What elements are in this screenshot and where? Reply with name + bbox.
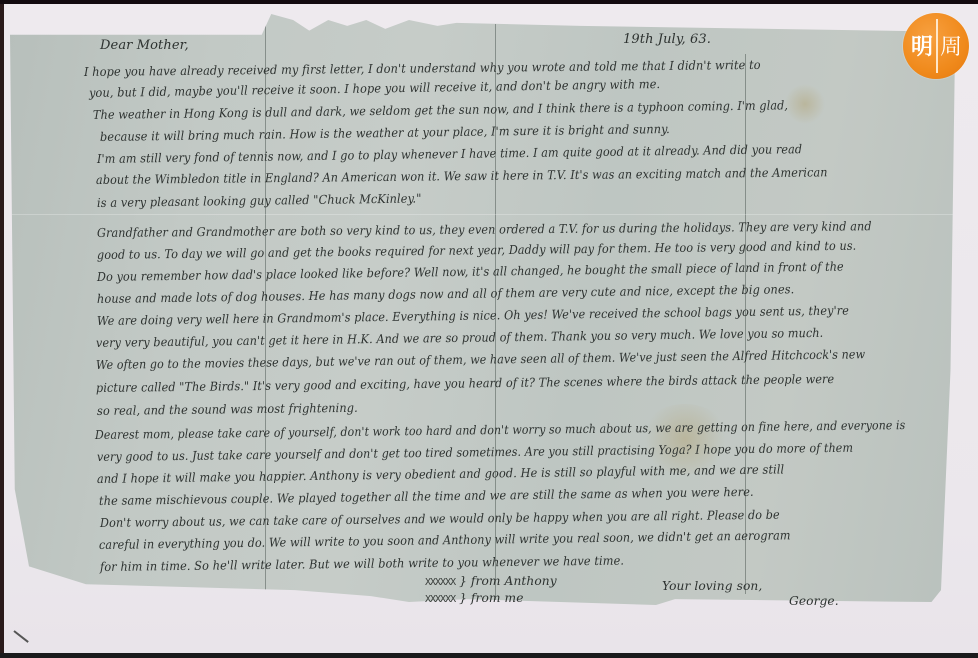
kisses-marks: XXXXXX [425, 594, 455, 605]
logo-divider [936, 19, 938, 73]
letter-date: 19th July, 63. [623, 32, 711, 47]
bottom-frame-edge [0, 653, 978, 658]
paper-stain [785, 84, 825, 124]
ming-pao-weekly-logo: 明 周 [903, 13, 969, 79]
kisses-label: } from me [459, 591, 523, 605]
kisses-anthony: XXXXXX } from Anthony [425, 574, 557, 588]
kisses-label: } from Anthony [459, 574, 557, 588]
letter-salutation: Dear Mother, [100, 38, 189, 53]
logo-char-ming: 明 [911, 30, 933, 61]
kisses-marks: XXXXXX [425, 577, 455, 588]
paper-fold-horizontal [10, 214, 960, 215]
left-frame-edge [0, 4, 4, 653]
letter-signature: George. [789, 594, 839, 608]
logo-char-zhou: 周 [940, 30, 962, 61]
letter-closing: Your loving son, [662, 579, 762, 593]
kisses-me: XXXXXX } from me [425, 591, 524, 605]
